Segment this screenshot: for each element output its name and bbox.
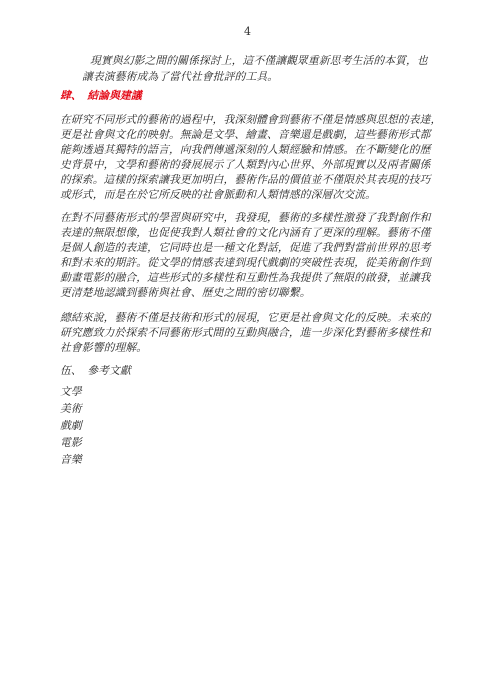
reference-item: 音樂 <box>60 451 452 468</box>
reference-item: 文學 <box>60 383 452 400</box>
document-body: 現實與幻影之間的關係探討上，這不僅讓觀眾重新思考生活的本質，也 讓表演藝術成為了… <box>60 53 452 468</box>
section-heading-conclusion: 肆、 結論與建議 <box>60 88 452 104</box>
reference-item: 美術 <box>60 400 452 417</box>
body-paragraph-2: 在對不同藝術形式的學習與研究中，我發現，藝術的多樣性激發了我對創作和 表達的無限… <box>60 210 452 300</box>
document-page: 4 現實與幻影之間的關係探討上，這不僅讓觀眾重新思考生活的本質，也 讓表演藝術成… <box>0 0 495 700</box>
page-number: 4 <box>0 26 495 38</box>
reference-list: 文學 美術 戲劇 電影 音樂 <box>60 383 452 468</box>
body-paragraph-1: 在研究不同形式的藝術的過程中，我深刻體會到藝術不僅是情感與思想的表達， 更是社會… <box>60 112 452 202</box>
section-heading-references: 伍、 參考文獻 <box>60 363 452 379</box>
reference-item: 戲劇 <box>60 417 452 434</box>
continuation-paragraph: 現實與幻影之間的關係探討上，這不僅讓觀眾重新思考生活的本質，也 讓表演藝術成為了… <box>82 53 442 85</box>
body-paragraph-3: 總結來說，藝術不僅是技術和形式的展現，它更是社會與文化的反映。未來的 研究應致力… <box>60 310 452 355</box>
reference-item: 電影 <box>60 434 452 451</box>
